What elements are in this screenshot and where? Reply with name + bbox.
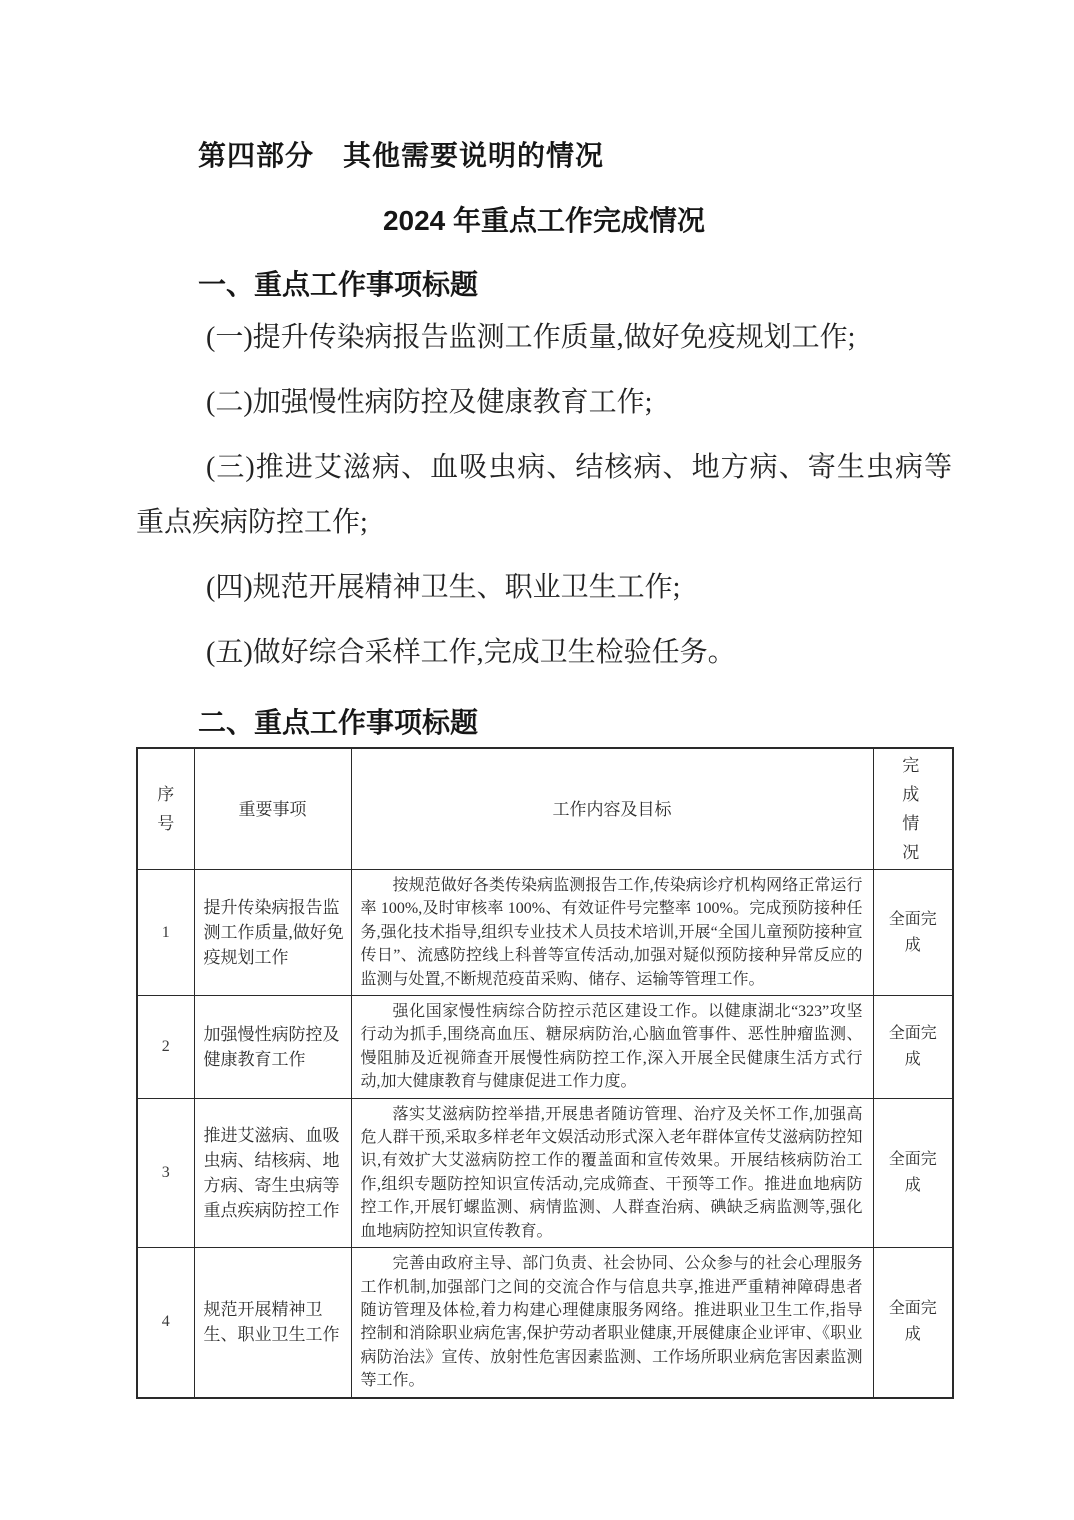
list-item-5: (五)做好综合采样工作,完成卫生检验任务。 bbox=[136, 625, 952, 680]
row-status: 全面完成 bbox=[873, 1098, 953, 1247]
row-number: 4 bbox=[137, 1248, 194, 1398]
list-item-2: (二)加强慢性病防控及健康教育工作; bbox=[136, 375, 952, 430]
table-header-item: 重要事项 bbox=[194, 748, 351, 870]
table-header-content: 工作内容及目标 bbox=[351, 748, 873, 870]
key-work-table: 序号 重要事项 工作内容及目标 完成情况 1 提升传染病报告监测工作质量,做好免… bbox=[136, 747, 954, 1399]
row-content: 落实艾滋病防控举措,开展患者随访管理、治疗及关怀工作,加强高危人群干预,采取多样… bbox=[351, 1098, 873, 1247]
row-status: 全面完成 bbox=[873, 1248, 953, 1398]
table-header-status: 完成情况 bbox=[873, 748, 953, 870]
row-status: 全面完成 bbox=[873, 996, 953, 1099]
table-row: 3 推进艾滋病、血吸虫病、结核病、地方病、寄生虫病等重点疾病防控工作 落实艾滋病… bbox=[137, 1098, 953, 1247]
row-content: 强化国家慢性病综合防控示范区建设工作。以健康湖北“323”攻坚行动为抓手,围绕高… bbox=[351, 996, 873, 1099]
section1-title: 一、重点工作事项标题 bbox=[136, 270, 952, 300]
table-row: 1 提升传染病报告监测工作质量,做好免疫规划工作 按规范做好各类传染病监测报告工… bbox=[137, 870, 953, 996]
table-header-no: 序号 bbox=[137, 748, 194, 870]
row-item: 提升传染病报告监测工作质量,做好免疫规划工作 bbox=[194, 870, 351, 996]
row-content: 完善由政府主导、部门负责、社会协同、公众参与的社会心理服务工作机制,加强部门之间… bbox=[351, 1248, 873, 1398]
list-item-3: (三)推进艾滋病、血吸虫病、结核病、地方病、寄生虫病等重点疾病防控工作; bbox=[136, 440, 952, 550]
table-header-row: 序号 重要事项 工作内容及目标 完成情况 bbox=[137, 748, 953, 870]
part-title: 第四部分 其他需要说明的情况 bbox=[136, 141, 952, 171]
row-item: 加强慢性病防控及健康教育工作 bbox=[194, 996, 351, 1099]
document-content: 第四部分 其他需要说明的情况 2024 年重点工作完成情况 一、重点工作事项标题… bbox=[0, 0, 1074, 1399]
row-number: 3 bbox=[137, 1098, 194, 1247]
list-item-4: (四)规范开展精神卫生、职业卫生工作; bbox=[136, 560, 952, 615]
row-status: 全面完成 bbox=[873, 870, 953, 996]
row-item: 推进艾滋病、血吸虫病、结核病、地方病、寄生虫病等重点疾病防控工作 bbox=[194, 1098, 351, 1247]
document-page: 第四部分 其他需要说明的情况 2024 年重点工作完成情况 一、重点工作事项标题… bbox=[0, 0, 1074, 1520]
row-number: 1 bbox=[137, 870, 194, 996]
row-item: 规范开展精神卫生、职业卫生工作 bbox=[194, 1248, 351, 1398]
table-row: 2 加强慢性病防控及健康教育工作 强化国家慢性病综合防控示范区建设工作。以健康湖… bbox=[137, 996, 953, 1099]
list-item-1: (一)提升传染病报告监测工作质量,做好免疫规划工作; bbox=[136, 310, 952, 365]
doc-title: 2024 年重点工作完成情况 bbox=[136, 206, 952, 236]
section2-title: 二、重点工作事项标题 bbox=[136, 708, 952, 738]
row-number: 2 bbox=[137, 996, 194, 1099]
row-content: 按规范做好各类传染病监测报告工作,传染病诊疗机构网络正常运行率 100%,及时审… bbox=[351, 870, 873, 996]
table-row: 4 规范开展精神卫生、职业卫生工作 完善由政府主导、部门负责、社会协同、公众参与… bbox=[137, 1248, 953, 1398]
